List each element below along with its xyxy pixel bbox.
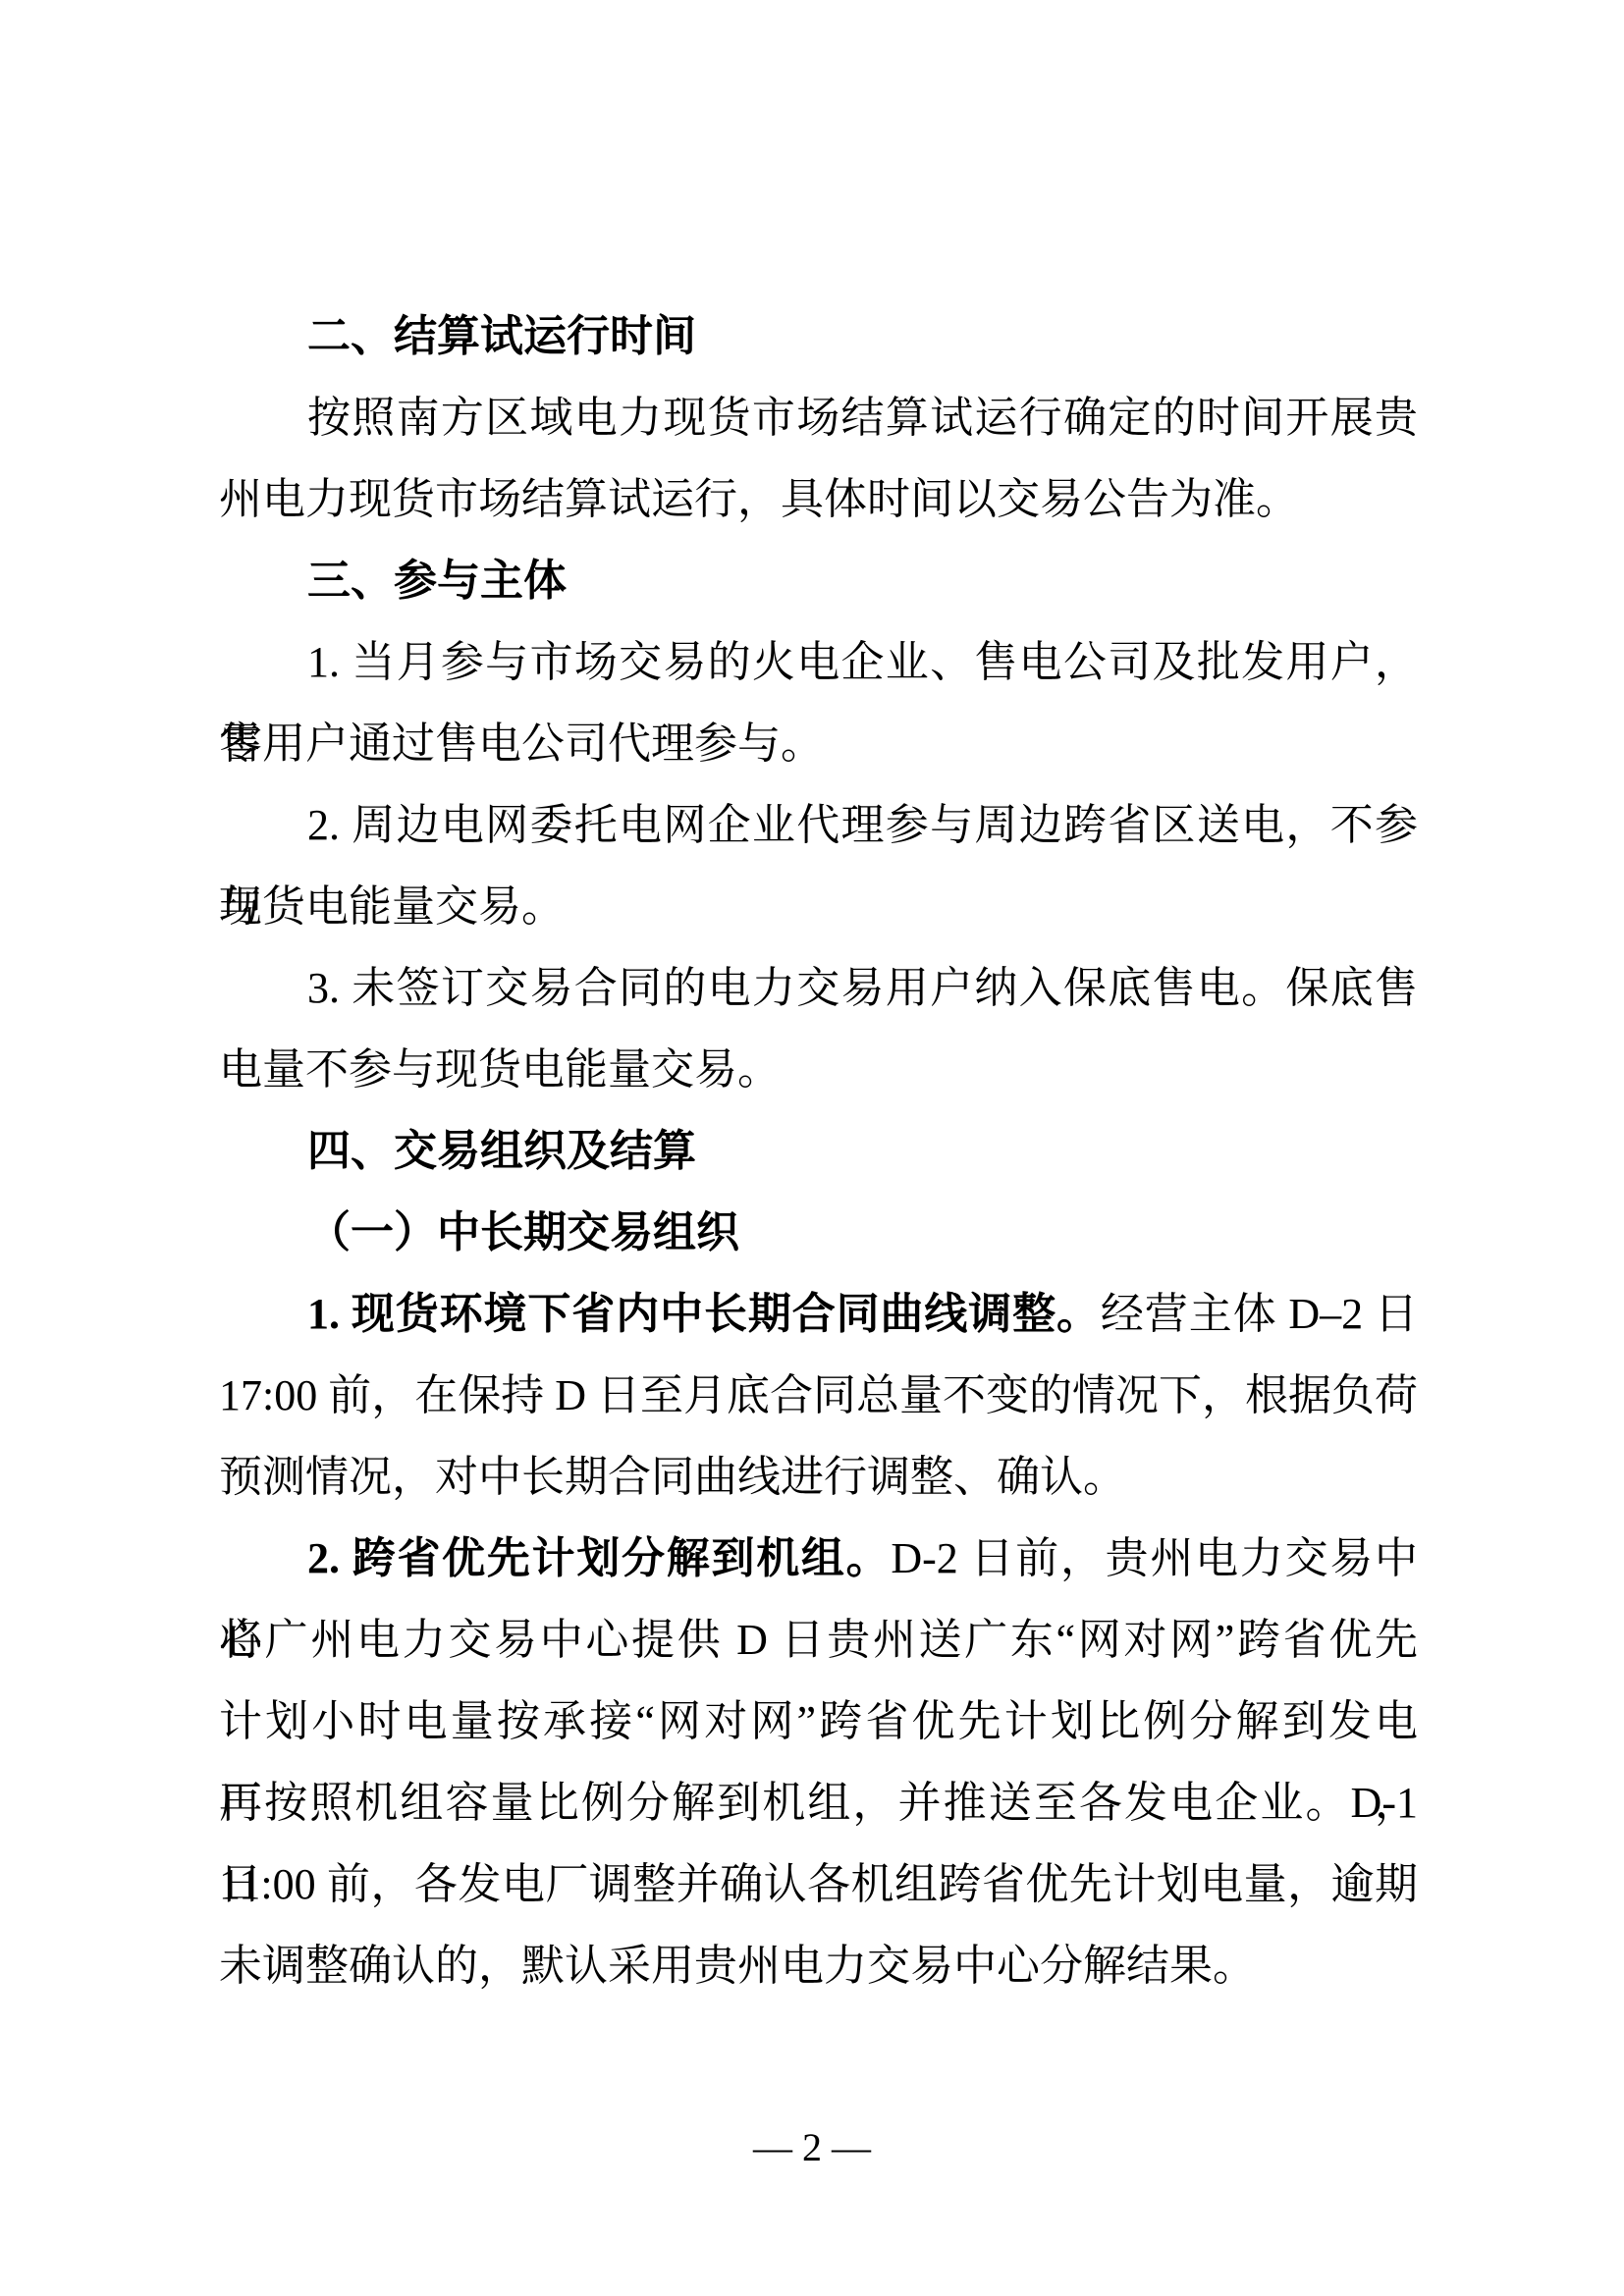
document-body: 二、结算试运行时间 按照南方区域电力现货市场结算试运行确定的时间开展贵 州电力现… bbox=[219, 295, 1418, 2006]
section-heading-4: 四、交易组织及结算 bbox=[219, 1110, 1418, 1192]
subsection-heading-1: （一）中长期交易组织 bbox=[219, 1192, 1418, 1273]
bold-lead-text: 1. 现货环境下省内中长期合同曲线调整。 bbox=[307, 1290, 1101, 1338]
list-item-line: 3. 未签订交易合同的电力交易用户纳入保底售电。保底售电 bbox=[219, 947, 1418, 1029]
paragraph-line: 州电力现货市场结算试运行，具体时间以交易公告为准。 bbox=[219, 458, 1418, 540]
paragraph-line: 按照南方区域电力现货市场结算试运行确定的时间开展贵 bbox=[219, 377, 1418, 458]
list-item-line: 1. 现货环境下省内中长期合同曲线调整。经营主体 D–2 日 bbox=[219, 1273, 1418, 1355]
list-item-line: 2. 跨省优先计划分解到机组。D-2 日前，贵州电力交易中心 bbox=[219, 1518, 1418, 1599]
paragraph-line: 将广州电力交易中心提供 D 日贵州送广东“网对网”跨省优先 bbox=[219, 1599, 1418, 1681]
paragraph-line: 11:00 前，各发电厂调整并确认各机组跨省优先计划电量，逾期 bbox=[219, 1843, 1418, 1925]
paragraph-line: 未调整确认的，默认采用贵州电力交易中心分解结果。 bbox=[219, 1925, 1418, 2006]
paragraph-line: 再按照机组容量比例分解到机组，并推送至各发电企业。D-1 日 bbox=[219, 1762, 1418, 1843]
paragraph-line: 17:00 前，在保持 D 日至月底合同总量不变的情况下，根据负荷 bbox=[219, 1355, 1418, 1436]
paragraph-text: 经营主体 D–2 日 bbox=[1101, 1290, 1418, 1338]
section-heading-2: 二、结算试运行时间 bbox=[219, 295, 1418, 377]
paragraph-line: 计划小时电量按承接“网对网”跨省优先计划比例分解到发电厂， bbox=[219, 1681, 1418, 1762]
paragraph-line: 售用户通过售电公司代理参与。 bbox=[219, 703, 1418, 784]
bold-lead-text: 2. 跨省优先计划分解到机组。 bbox=[307, 1534, 891, 1582]
paragraph-line: 预测情况，对中长期合同曲线进行调整、确认。 bbox=[219, 1436, 1418, 1518]
list-item-line: 1. 当月参与市场交易的火电企业、售电公司及批发用户，零 bbox=[219, 621, 1418, 703]
paragraph-line: 电量不参与现货电能量交易。 bbox=[219, 1029, 1418, 1110]
list-item-line: 2. 周边电网委托电网企业代理参与周边跨省区送电，不参与 bbox=[219, 784, 1418, 866]
document-page: 二、结算试运行时间 按照南方区域电力现货市场结算试运行确定的时间开展贵 州电力现… bbox=[0, 0, 1624, 2296]
paragraph-line: 现货电能量交易。 bbox=[219, 866, 1418, 947]
page-number: — 2 — bbox=[0, 2116, 1624, 2179]
section-heading-3: 三、参与主体 bbox=[219, 540, 1418, 621]
